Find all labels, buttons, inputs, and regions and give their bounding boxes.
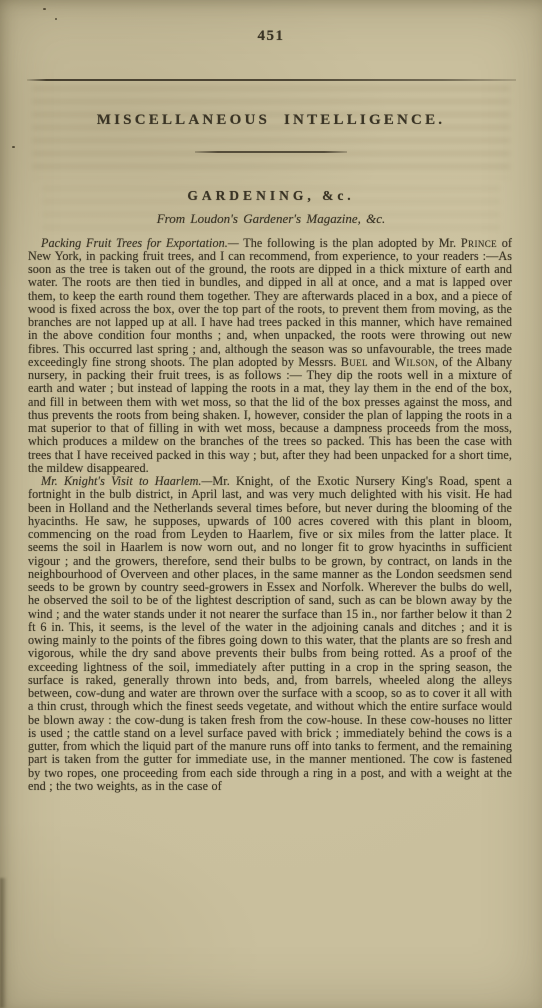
person-name: Buel (341, 355, 368, 369)
article-text: Mr. Knight, of the Exotic Nursery King's… (28, 474, 512, 793)
page-edge-shadow (0, 878, 7, 1008)
article-text: of New York, in packing fruit trees, and… (28, 236, 512, 369)
section-heading: MISCELLANEOUS INTELLIGENCE. (0, 111, 542, 129)
subsection-heading: GARDENING, &c. (0, 188, 542, 204)
ink-speck (55, 18, 57, 20)
article-title: Mr. Knight's Visit to Haarlem.— (41, 474, 212, 488)
source-attribution: From Loudon's Gardener's Magazine, &c. (0, 211, 542, 226)
article-paragraph-packing-fruit-trees: Packing Fruit Trees for Exportation.— Th… (28, 237, 512, 476)
person-name: Prince (461, 236, 497, 250)
article-text: and (368, 355, 395, 369)
section-divider-rule (195, 151, 347, 153)
article-body: Packing Fruit Trees for Exportation.— Th… (28, 237, 512, 794)
article-text: The following is the plan adopted by Mr. (239, 236, 461, 250)
page-header: 451 MISCELLANEOUS INTELLIGENCE. GARDENIN… (0, 27, 542, 226)
top-divider-rule (27, 79, 516, 81)
person-name: Wilson (394, 355, 434, 369)
book-page: 451 MISCELLANEOUS INTELLIGENCE. GARDENIN… (0, 0, 542, 1008)
ink-speck (12, 146, 15, 148)
article-title: Packing Fruit Trees for Exportation.— (41, 236, 239, 250)
ink-speck (43, 8, 46, 10)
article-paragraph-knights-visit: Mr. Knight's Visit to Haarlem.—Mr. Knigh… (28, 475, 512, 793)
page-number: 451 (0, 27, 542, 45)
article-text: , of the Albany nursery, in packing thei… (28, 355, 512, 475)
